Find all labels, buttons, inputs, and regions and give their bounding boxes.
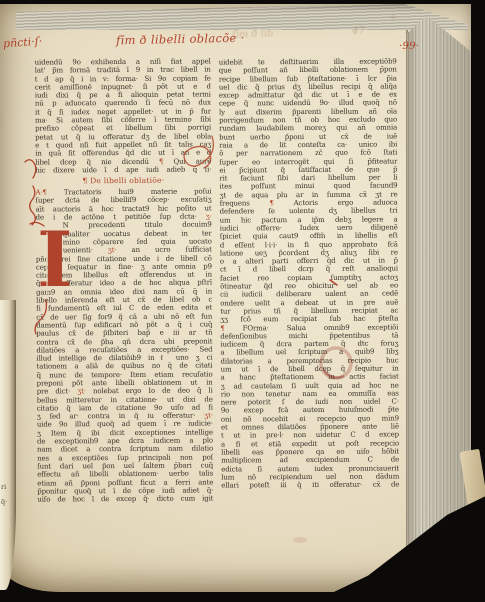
- book-photo: ri q̃· pñcti·ſ· fīm ð libelli oblacõe · …: [0, 0, 485, 602]
- facing-page-text-fragment: ri q̃·: [1, 480, 11, 510]
- page-number: ·99·: [399, 40, 419, 52]
- paragraph: uidendū 9o exhibenda a niſi fiat appella…: [35, 57, 212, 174]
- text-column-right: uidebit te deſtituerim illa exceptiõb9qu…: [219, 57, 400, 490]
- ghost-annotation: fīm ð lib: [232, 28, 274, 40]
- folio-annotation: pñcti·ſ·: [3, 35, 43, 51]
- text-line: ellari poteſt iii q̃ iti offeratur· cx̃ …: [221, 481, 399, 490]
- ghost-number: 47: [352, 26, 365, 37]
- paragraph: uidebit te deſtituerim illa exceptiõb9qu…: [219, 57, 400, 490]
- rubric-heading: ¶ De libelli oblatiõe·: [35, 175, 211, 187]
- text-line: uiſo de hoc ī de excep q̃· dicto cum igi…: [37, 495, 213, 504]
- facing-page-curl: [0, 300, 16, 590]
- ghost-cross-mark: +: [387, 9, 399, 24]
- running-title: fīm ð libelli oblacõe ·: [116, 31, 245, 48]
- page-stack-fore-edge: [407, 8, 471, 584]
- text-line: hic dixere uide ī d ape iudi adieb q̃ ſi…: [35, 165, 211, 174]
- drop-cap-initial: I: [37, 224, 63, 304]
